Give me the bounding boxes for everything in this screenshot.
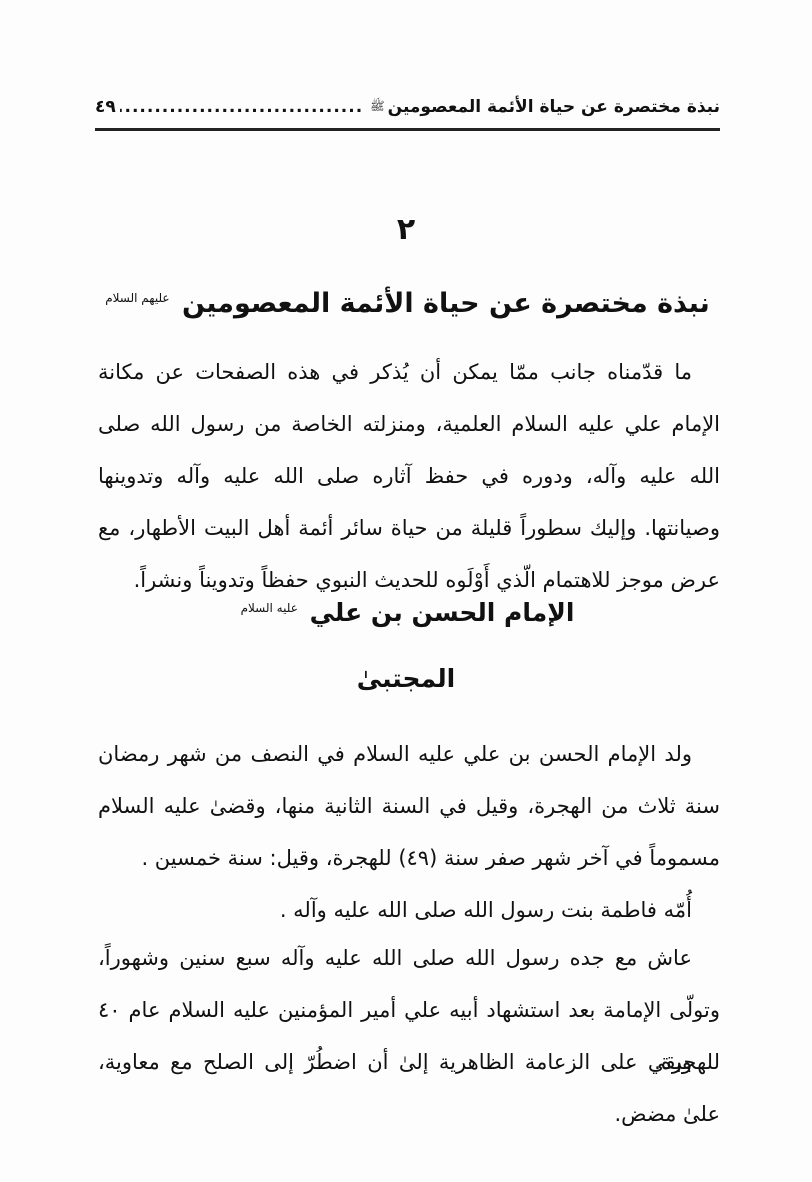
paragraph-mother: أُمّه فاطمة بنت رسول الله صلى الله عليه … <box>98 884 720 936</box>
running-header: نبذة مختصرة عن حياة الأئمة المعصومين ﷺ .… <box>95 92 720 122</box>
paragraph-treaty: وبقي على الزعامة الظاهرية إلىٰ أن اضطُرّ… <box>98 1036 720 1140</box>
book-page: نبذة مختصرة عن حياة الأئمة المعصومين ﷺ .… <box>0 0 812 1182</box>
honorific-glyph-icon: عليه السلام <box>241 601 298 615</box>
chapter-title-text: نبذة مختصرة عن حياة الأئمة المعصومين <box>182 288 710 319</box>
section-subtitle: المجتبىٰ <box>0 664 812 693</box>
honorific-glyph-icon: عليهم السلام <box>105 291 169 305</box>
chapter-number: ٢ <box>0 212 812 247</box>
page-number: ٤٩ <box>95 97 116 117</box>
section-title: الإمام الحسن بن علي عليه السلام <box>0 598 812 627</box>
intro-paragraph: ما قدّمناه جانب ممّا يمكن أن يُذكر في هذ… <box>98 346 720 606</box>
paragraph-birth: ولد الإمام الحسن بن علي عليه السلام في ا… <box>98 728 720 884</box>
honorific-glyph-icon: ﷺ <box>370 99 385 116</box>
section-title-text: الإمام الحسن بن علي <box>310 598 575 627</box>
leader-dots: ........................................… <box>120 97 363 117</box>
chapter-title: نبذة مختصرة عن حياة الأئمة المعصومين علي… <box>0 288 812 319</box>
header-rule <box>95 128 720 131</box>
running-header-title: نبذة مختصرة عن حياة الأئمة المعصومين <box>388 97 720 117</box>
